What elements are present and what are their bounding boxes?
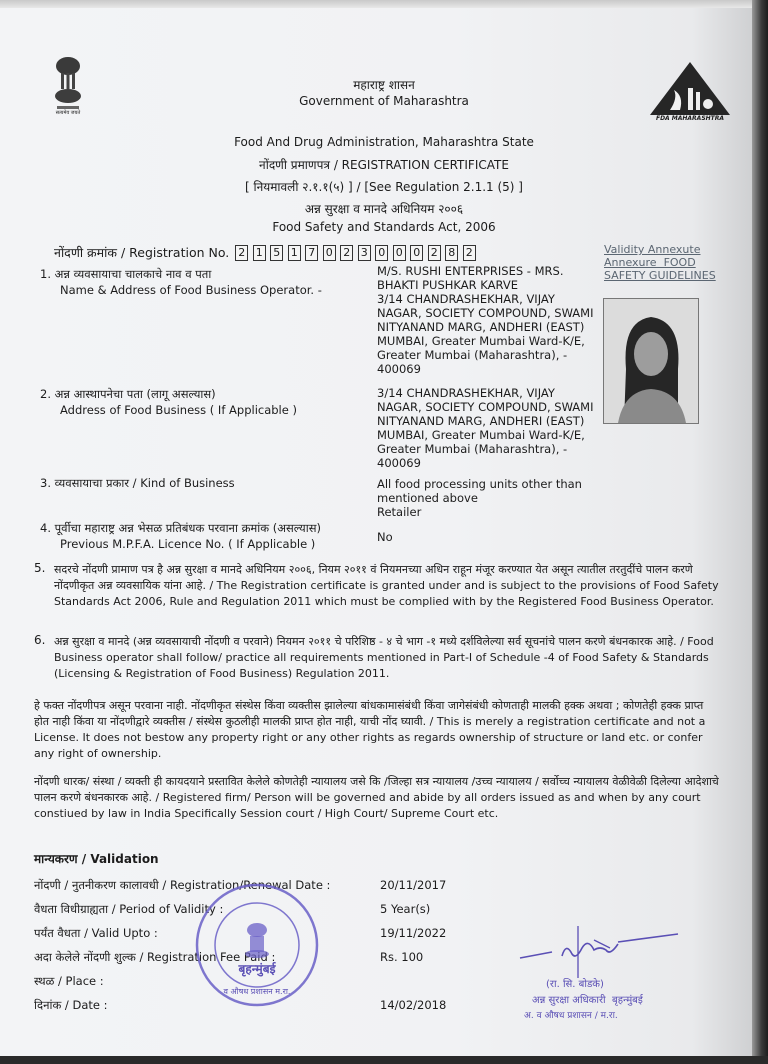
field-4-value: No	[377, 530, 597, 544]
field-value-line: Retailer	[377, 505, 597, 519]
annexure-link-line[interactable]: Annexure FOOD	[604, 256, 716, 269]
field-label-marathi: अन्न आस्थापनेचा पता (लागू असल्यास)	[55, 387, 216, 401]
clause-text-marathi: अन्न सुरक्षा व मानदे (अन्न व्यवसायाची नो…	[54, 635, 677, 648]
field-label-marathi: व्यवसायाचा प्रकार / Kind of Business	[55, 476, 235, 490]
registration-digit-box: 2	[235, 245, 248, 261]
registration-digit-box: 1	[288, 245, 301, 261]
validation-label: पर्यंत वैधता / Valid Upto :	[34, 926, 158, 941]
field-value-line: BHAKTI PUSHKAR KARVE	[377, 278, 597, 292]
logo-caption: FDA MAHARASHTRA	[640, 115, 740, 122]
registration-digit-box: 0	[323, 245, 336, 261]
annexure-link-line[interactable]: SAFETY GUIDELINES	[604, 269, 716, 282]
field-4-label: 4. पूर्वीचा महाराष्ट्र अन्न भेसळ प्रतिबं…	[40, 520, 321, 552]
officer-name: (रा. सि. बोडके)	[546, 976, 604, 990]
validity-annexure-link[interactable]: Validity Annexute Annexure FOOD SAFETY G…	[604, 243, 716, 282]
field-label-marathi: पूर्वीचा महाराष्ट्र अन्न भेसळ प्रतिबंधक …	[55, 521, 321, 535]
field-number: 2.	[40, 387, 51, 401]
emblem-caption: सत्यमेव जयते	[48, 110, 88, 116]
registration-number-label: नोंदणी क्रमांक / Registration No.	[54, 244, 229, 261]
officer-office: अ. व औषध प्रशासन / म.रा.	[524, 1008, 618, 1021]
field-2-value: 3/14 CHANDRASHEKHAR, VIJAYNAGAR, SOCIETY…	[377, 386, 597, 470]
act-english: Food Safety and Standards Act, 2006	[0, 220, 768, 234]
seal-center-text: बृहन्मुंबई	[222, 960, 292, 977]
department-name: Food And Drug Administration, Maharashtr…	[0, 135, 768, 149]
officer-designation: अन्न सुरक्षा अधिकारी बृहन्मुंबई	[532, 992, 643, 1006]
certificate-title: नोंदणी प्रमाणपत्र / REGISTRATION CERTIFI…	[0, 156, 768, 173]
registration-digit-box: 1	[253, 245, 266, 261]
registration-number-row: नोंदणी क्रमांक / Registration No. 215170…	[54, 244, 480, 261]
clause-number: 5.	[34, 560, 45, 576]
registration-digit-box: 2	[340, 245, 353, 261]
field-value-line: MUMBAI, Greater Mumbai Ward-K/E,	[377, 334, 597, 348]
act-marathi: अन्न सुरक्षा व मानदे अधिनियम २००६	[0, 200, 768, 217]
field-value-line: 400069	[377, 362, 597, 376]
clause-6: 6. अन्न सुरक्षा व मानदे (अन्न व्यवसायाची…	[34, 634, 724, 682]
field-value-line: All food processing units other than	[377, 477, 597, 491]
seal-bottom-text: व औषध प्रशासन म.रा.	[212, 986, 302, 997]
field-value-line: M/S. RUSHI ENTERPRISES - MRS.	[377, 264, 597, 278]
field-value-line: Greater Mumbai (Maharashtra), -	[377, 442, 597, 456]
officer-signature: (रा. सि. बोडके) अन्न सुरक्षा अधिकारी बृह…	[510, 920, 750, 1030]
registration-digit-box: 2	[463, 245, 476, 261]
field-1-label: 1. अन्न व्यवसायाचा चालकाचे नाव व पता Nam…	[40, 266, 322, 298]
registration-number-digits: 21517023000282	[235, 244, 480, 261]
field-label-english: Previous M.P.F.A. Licence No. ( If Appli…	[40, 536, 321, 552]
validation-value: 20/11/2017	[380, 878, 446, 892]
field-3-value: All food processing units other thanment…	[377, 477, 597, 519]
clause-number: 6.	[34, 632, 45, 648]
registration-digit-box: 0	[375, 245, 388, 261]
field-value-line: 400069	[377, 456, 597, 470]
field-value-line: 3/14 CHANDRASHEKHAR, VIJAY	[377, 386, 597, 400]
field-value-line: 3/14 CHANDRASHEKHAR, VIJAY	[377, 292, 597, 306]
validation-title: मान्यकरण / Validation	[34, 850, 159, 867]
field-value-line: NAGAR, SOCIETY COMPOUND, SWAMI	[377, 400, 597, 414]
official-seal-stamp: बृहन्मुंबई व औषध प्रशासन म.रा.	[192, 882, 322, 1008]
field-1-value: M/S. RUSHI ENTERPRISES - MRS.BHAKTI PUSH…	[377, 264, 597, 376]
field-value-line: No	[377, 530, 597, 544]
registration-digit-box: 0	[393, 245, 406, 261]
field-value-line: NITYANAND MARG, ANDHERI (EAST)	[377, 320, 597, 334]
registration-digit-box: 7	[305, 245, 318, 261]
field-number: 3.	[40, 476, 51, 490]
registration-digit-box: 3	[358, 245, 371, 261]
validation-label: दिनांक / Date :	[34, 998, 107, 1013]
annexure-link-line[interactable]: Validity Annexute	[604, 243, 716, 256]
field-2-label: 2. अन्न आस्थापनेचा पता (लागू असल्यास) Ad…	[40, 386, 297, 418]
field-number: 1.	[40, 267, 51, 281]
field-value-line: NITYANAND MARG, ANDHERI (EAST)	[377, 414, 597, 428]
validation-label: स्थळ / Place :	[34, 974, 104, 989]
note-court-orders: नोंदणी धारक/ संस्था / व्यक्ती ही कायदयान…	[34, 774, 724, 822]
field-value-line: mentioned above	[377, 491, 597, 505]
validation-value: 19/11/2022	[380, 926, 446, 940]
field-value-line: MUMBAI, Greater Mumbai Ward-K/E,	[377, 428, 597, 442]
note-registration-not-license: हे फक्त नोंदणीपत्र असून परवाना नाही. नों…	[34, 698, 714, 762]
govt-marathi: महाराष्ट्र शासन	[0, 76, 768, 93]
validation-value: Rs. 100	[380, 950, 423, 964]
registration-digit-box: 8	[445, 245, 458, 261]
validation-value: 14/02/2018	[380, 998, 446, 1012]
field-value-line: Greater Mumbai (Maharashtra), -	[377, 348, 597, 362]
clause-5: 5. सदरचे नोंदणी प्रामाण पत्र है अन्न सुर…	[34, 562, 724, 610]
scan-top-edge	[0, 0, 768, 8]
govt-english: Government of Maharashtra	[0, 94, 768, 108]
field-label-english: Address of Food Business ( If Applicable…	[40, 402, 297, 418]
registration-digit-box: 0	[410, 245, 423, 261]
operator-photo	[603, 298, 699, 424]
field-label-marathi: अन्न व्यवसायाचा चालकाचे नाव व पता	[55, 267, 212, 281]
registration-digit-box: 5	[270, 245, 283, 261]
validation-value: 5 Year(s)	[380, 902, 430, 916]
field-value-line: NAGAR, SOCIETY COMPOUND, SWAMI	[377, 306, 597, 320]
field-label-english: Name & Address of Food Business Operator…	[40, 282, 322, 298]
regulation-reference: [ नियमावली २.१.१(५) ] / [See Regulation …	[0, 178, 768, 195]
scan-bottom-edge	[0, 1056, 768, 1064]
fda-maharashtra-logo-icon: FDA MAHARASHTRA	[640, 60, 740, 126]
field-3-label: 3. व्यवसायाचा प्रकार / Kind of Business	[40, 475, 235, 491]
registration-digit-box: 2	[428, 245, 441, 261]
field-number: 4.	[40, 521, 51, 535]
